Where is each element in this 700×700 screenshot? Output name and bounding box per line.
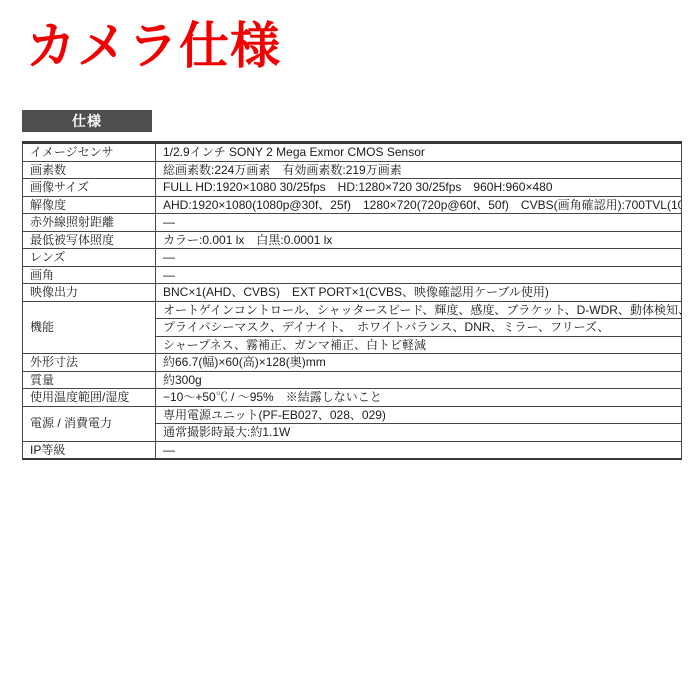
spec-row-label: イメージセンサ <box>23 143 156 162</box>
spec-row-value: 約66.7(幅)×60(高)×128(奥)mm <box>156 354 682 372</box>
spec-row-label: 最低被写体照度 <box>23 231 156 249</box>
spec-row-value: オートゲインコントロール、シャッタースピード、輝度、感度、ブラケット、D-WDR… <box>156 301 682 319</box>
table-row: 電源 / 消費電力 専用電源ユニット(PF-EB027、028、029) <box>23 406 682 424</box>
spec-row-value: プライバシーマスク、デイナイト、 ホワイトバランス、DNR、ミラー、フリーズ、 <box>156 319 682 337</box>
spec-row-value: FULL HD:1920×1080 30/25fps HD:1280×720 3… <box>156 179 682 197</box>
spec-row-value: — <box>156 441 682 459</box>
spec-row-value: AHD:1920×1080(1080p@30f、25f) 1280×720(72… <box>156 196 682 214</box>
page: カメラ仕様 仕様 イメージセンサ 1/2.9インチ SONY 2 Mega Ex… <box>0 0 700 700</box>
spec-row-label: IP等級 <box>23 441 156 459</box>
spec-row-label: 電源 / 消費電力 <box>23 406 156 441</box>
spec-row-value: 専用電源ユニット(PF-EB027、028、029) <box>156 406 682 424</box>
table-row: 画角 — <box>23 266 682 284</box>
spec-row-label: 画像サイズ <box>23 179 156 197</box>
spec-row-value: −10～+50℃ / ～95% ※結露しないこと <box>156 389 682 407</box>
table-row: 外形寸法 約66.7(幅)×60(高)×128(奥)mm <box>23 354 682 372</box>
spec-row-label: 使用温度範囲/湿度 <box>23 389 156 407</box>
spec-row-value: 約300g <box>156 371 682 389</box>
table-row: レンズ — <box>23 249 682 267</box>
spec-row-label: レンズ <box>23 249 156 267</box>
table-row: 最低被写体照度 カラー:0.001 lx 白黒:0.0001 lx <box>23 231 682 249</box>
table-row: 質量 約300g <box>23 371 682 389</box>
table-row: イメージセンサ 1/2.9インチ SONY 2 Mega Exmor CMOS … <box>23 143 682 162</box>
spec-row-value: カラー:0.001 lx 白黒:0.0001 lx <box>156 231 682 249</box>
spec-row-label: 赤外線照射距離 <box>23 214 156 232</box>
table-row: 映像出力 BNC×1(AHD、CVBS) EXT PORT×1(CVBS、映像確… <box>23 284 682 302</box>
spec-row-value: 1/2.9インチ SONY 2 Mega Exmor CMOS Sensor <box>156 143 682 162</box>
page-title: カメラ仕様 <box>26 6 281 78</box>
spec-row-value: BNC×1(AHD、CVBS) EXT PORT×1(CVBS、映像確認用ケーブ… <box>156 284 682 302</box>
spec-row-label: 画素数 <box>23 161 156 179</box>
spec-row-label: 映像出力 <box>23 284 156 302</box>
spec-row-value: シャープネス、霧補正、ガンマ補正、白トビ軽減 <box>156 336 682 354</box>
spec-row-value: — <box>156 214 682 232</box>
table-row: 赤外線照射距離 — <box>23 214 682 232</box>
table-row: 機能 オートゲインコントロール、シャッタースピード、輝度、感度、ブラケット、D-… <box>23 301 682 319</box>
spec-row-label: 画角 <box>23 266 156 284</box>
spec-table: イメージセンサ 1/2.9インチ SONY 2 Mega Exmor CMOS … <box>22 141 682 460</box>
spec-row-value: — <box>156 266 682 284</box>
spec-row-label: 機能 <box>23 301 156 354</box>
table-row: 画像サイズ FULL HD:1920×1080 30/25fps HD:1280… <box>23 179 682 197</box>
spec-row-value: 総画素数:224万画素 有効画素数:219万画素 <box>156 161 682 179</box>
spec-row-value: 通常撮影時最大:約1.1W <box>156 424 682 442</box>
spec-row-label: 質量 <box>23 371 156 389</box>
spec-row-label: 解像度 <box>23 196 156 214</box>
spec-section-badge: 仕様 <box>22 110 152 132</box>
table-row: 解像度 AHD:1920×1080(1080p@30f、25f) 1280×72… <box>23 196 682 214</box>
table-row: IP等級 — <box>23 441 682 459</box>
spec-row-label: 外形寸法 <box>23 354 156 372</box>
table-row: 画素数 総画素数:224万画素 有効画素数:219万画素 <box>23 161 682 179</box>
table-row: 使用温度範囲/湿度 −10～+50℃ / ～95% ※結露しないこと <box>23 389 682 407</box>
spec-row-value: — <box>156 249 682 267</box>
